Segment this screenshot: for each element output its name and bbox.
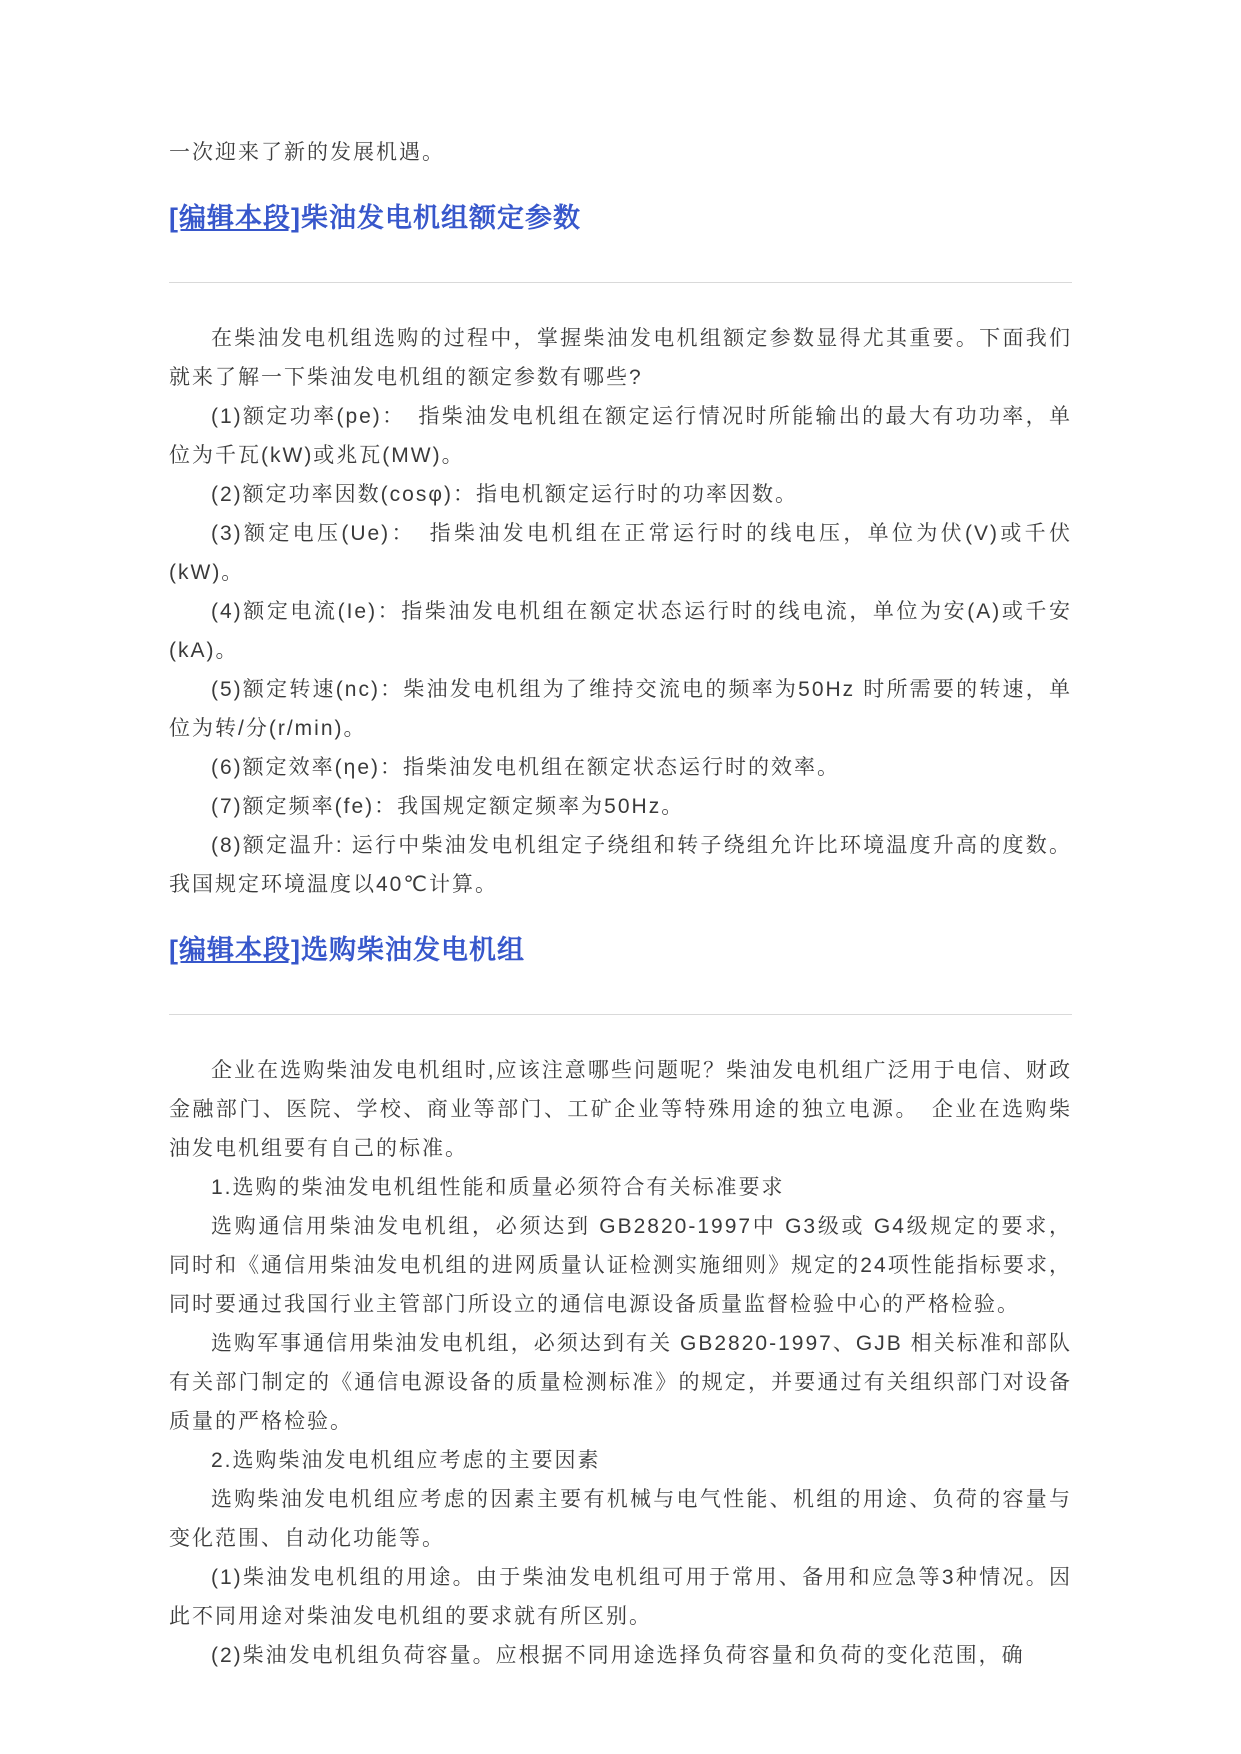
paragraph: (1)额定功率(pe)： 指柴油发电机组在额定运行情况时所能输出的最大有功功率，… <box>169 397 1072 475</box>
paragraph: (7)额定频率(fe)：我国规定额定频率为50Hz。 <box>169 787 1072 826</box>
edit-section-link[interactable]: [编辑本段] <box>169 935 301 965</box>
edit-section-link[interactable]: [编辑本段] <box>169 203 301 233</box>
paragraph: 选购军事通信用柴油发电机组，必须达到有关 GB2820-1997、GJB 相关标… <box>169 1324 1072 1441</box>
paragraph: 1.选购的柴油发电机组性能和质量必须符合有关标准要求 <box>169 1168 1072 1207</box>
paragraph: (2)柴油发电机组负荷容量。应根据不同用途选择负荷容量和负荷的变化范围，确 <box>169 1636 1072 1675</box>
paragraph: 企业在选购柴油发电机组时,应该注意哪些问题呢？柴油发电机组广泛用于电信、财政金融… <box>169 1051 1072 1168</box>
paragraph: (4)额定电流(Ie)：指柴油发电机组在额定状态运行时的线电流，单位为安(A)或… <box>169 592 1072 670</box>
paragraph: (1)柴油发电机组的用途。由于柴油发电机组可用于常用、备用和应急等3种情况。因此… <box>169 1558 1072 1636</box>
section-heading-purchasing: [编辑本段]选购柴油发电机组 <box>169 930 1072 970</box>
document-page: 一次迎来了新的发展机遇。 [编辑本段]柴油发电机组额定参数 在柴油发电机组选购的… <box>169 133 1072 1675</box>
section-title: 柴油发电机组额定参数 <box>301 203 581 233</box>
paragraph: (3)额定电压(Ue)： 指柴油发电机组在正常运行时的线电压，单位为伏(V)或千… <box>169 514 1072 592</box>
section-heading-rated-parameters: [编辑本段]柴油发电机组额定参数 <box>169 198 1072 238</box>
paragraph: 选购通信用柴油发电机组，必须达到 GB2820-1997中 G3级或 G4级规定… <box>169 1207 1072 1324</box>
paragraph: (8)额定温升: 运行中柴油发电机组定子绕组和转子绕组允许比环境温度升高的度数。… <box>169 826 1072 904</box>
section-body-purchasing: 企业在选购柴油发电机组时,应该注意哪些问题呢？柴油发电机组广泛用于电信、财政金融… <box>169 1051 1072 1675</box>
paragraph: 2.选购柴油发电机组应考虑的主要因素 <box>169 1441 1072 1480</box>
paragraph: 在柴油发电机组选购的过程中，掌握柴油发电机组额定参数显得尤其重要。下面我们就来了… <box>169 319 1072 397</box>
section-title: 选购柴油发电机组 <box>301 935 525 965</box>
paragraph: (5)额定转速(nc)：柴油发电机组为了维持交流电的频率为50Hz 时所需要的转… <box>169 670 1072 748</box>
section-divider <box>169 1014 1072 1015</box>
paragraph: 选购柴油发电机组应考虑的因素主要有机械与电气性能、机组的用途、负荷的容量与变化范… <box>169 1480 1072 1558</box>
section-body-rated-parameters: 在柴油发电机组选购的过程中，掌握柴油发电机组额定参数显得尤其重要。下面我们就来了… <box>169 319 1072 904</box>
paragraph: (6)额定效率(ηe)：指柴油发电机组在额定状态运行时的效率。 <box>169 748 1072 787</box>
intro-text: 一次迎来了新的发展机遇。 <box>169 133 1072 172</box>
section-divider <box>169 282 1072 283</box>
paragraph: (2)额定功率因数(cosφ)：指电机额定运行时的功率因数。 <box>169 475 1072 514</box>
